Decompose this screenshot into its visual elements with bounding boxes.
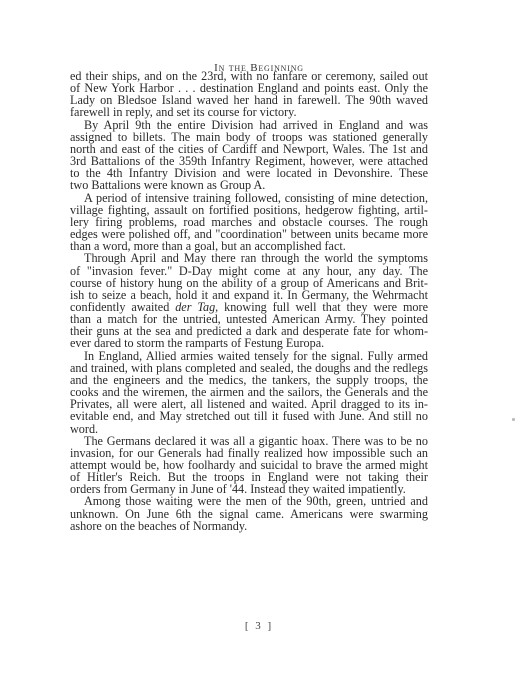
paragraph: Among those waiting were the men of the …	[70, 495, 428, 531]
text-line: ever dared to storm the ramparts of Fest…	[70, 337, 428, 349]
text-line: Through April and May there ran through …	[70, 252, 428, 264]
paragraph: Through April and May there ran through …	[70, 252, 428, 349]
body-text: ed their ships, and on the 23rd, with no…	[70, 70, 428, 532]
text-line: A period of intensive training followed,…	[70, 192, 428, 204]
paragraph: ed their ships, and on the 23rd, with no…	[70, 70, 428, 119]
text-line: ashore on the beaches of Normandy.	[70, 520, 428, 532]
text-line: In England, Allied armies waited tensely…	[70, 350, 428, 362]
text-line: By April 9th the entire Division had arr…	[70, 119, 428, 131]
text-line: word.	[70, 423, 428, 435]
text-line: Among those waiting were the men of the …	[70, 495, 428, 507]
paragraph: By April 9th the entire Division had arr…	[70, 119, 428, 192]
text-line: unknown. On June 6th the signal came. Am…	[70, 508, 428, 520]
paragraph: In England, Allied armies waited tensely…	[70, 350, 428, 435]
text-line: two Battalions were known as Group A.	[70, 179, 428, 191]
scan-speck	[512, 418, 515, 421]
text-line: course of history hung on the ability of…	[70, 277, 428, 289]
paragraph: A period of intensive training followed,…	[70, 192, 428, 253]
text-line: of "invasion fever." D-Day might come at…	[70, 265, 428, 277]
paragraph: The Germans declared it was all a gigant…	[70, 435, 428, 496]
text-line: evitable end, and May stretched out till…	[70, 410, 428, 422]
text-line: farewell in reply, and set its course fo…	[70, 106, 428, 118]
page-number: [ 3 ]	[0, 620, 518, 632]
